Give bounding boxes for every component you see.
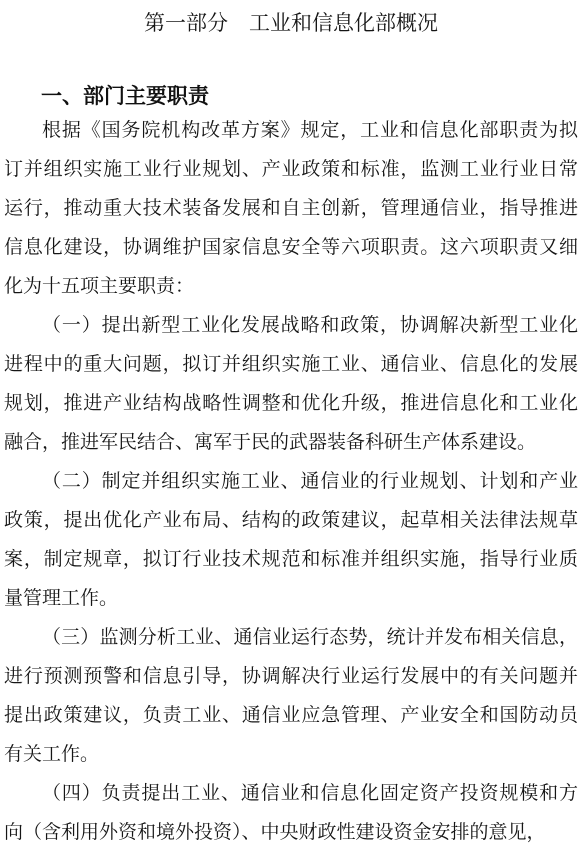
page-title: 第一部分 工业和信息化部概况	[0, 10, 582, 36]
text-line: （四）负责提出工业、通信业和信息化固定资产投资规模和方	[4, 774, 578, 813]
text-line: 进程中的重大问题，拟订并组织实施工业、通信业、信息化的发展	[4, 345, 578, 384]
paragraph: （一）提出新型工业化发展战略和政策，协调解决新型工业化进程中的重大问题，拟订并组…	[4, 306, 578, 462]
paragraph: （三）监测分析工业、通信业运行态势，统计并发布相关信息，进行预测预警和信息引导，…	[4, 618, 578, 774]
text-line: 进行预测预警和信息引导，协调解决行业运行发展中的有关问题并	[4, 657, 578, 696]
text-line: 化为十五项主要职责：	[4, 267, 578, 306]
text-line: （三）监测分析工业、通信业运行态势，统计并发布相关信息，	[4, 618, 578, 657]
text-line: 提出政策建议，负责工业、通信业应急管理、产业安全和国防动员	[4, 696, 578, 735]
text-line: 融合，推进军民结合、寓军于民的武器装备科研生产体系建设。	[4, 423, 578, 462]
text-line: 向（含利用外资和境外投资）、中央财政性建设资金安排的意见，	[4, 813, 578, 852]
text-line: 根据《国务院机构改革方案》规定，工业和信息化部职责为拟	[4, 111, 578, 150]
document-body: 根据《国务院机构改革方案》规定，工业和信息化部职责为拟订并组织实施工业行业规划、…	[0, 111, 582, 852]
paragraph: （二）制定并组织实施工业、通信业的行业规划、计划和产业政策，提出优化产业布局、结…	[4, 462, 578, 618]
text-line: 订并组织实施工业行业规划、产业政策和标准，监测工业行业日常	[4, 150, 578, 189]
section-heading: 一、部门主要职责	[41, 84, 582, 109]
text-line: 运行，推动重大技术装备发展和自主创新，管理通信业，指导推进	[4, 189, 578, 228]
text-line: 案，制定规章，拟订行业技术规范和标准并组织实施，指导行业质	[4, 540, 578, 579]
paragraph: （四）负责提出工业、通信业和信息化固定资产投资规模和方向（含利用外资和境外投资）…	[4, 774, 578, 852]
paragraph: 根据《国务院机构改革方案》规定，工业和信息化部职责为拟订并组织实施工业行业规划、…	[4, 111, 578, 306]
text-line: 量管理工作。	[4, 579, 578, 618]
text-line: 规划，推进产业结构战略性调整和优化升级，推进信息化和工业化	[4, 384, 578, 423]
document-page: 第一部分 工业和信息化部概况 一、部门主要职责 根据《国务院机构改革方案》规定，…	[0, 0, 582, 864]
text-line: （一）提出新型工业化发展战略和政策，协调解决新型工业化	[4, 306, 578, 345]
text-line: （二）制定并组织实施工业、通信业的行业规划、计划和产业	[4, 462, 578, 501]
text-line: 政策，提出优化产业布局、结构的政策建议，起草相关法律法规草	[4, 501, 578, 540]
text-line: 有关工作。	[4, 735, 578, 774]
text-line: 信息化建设，协调维护国家信息安全等六项职责。这六项职责又细	[4, 228, 578, 267]
